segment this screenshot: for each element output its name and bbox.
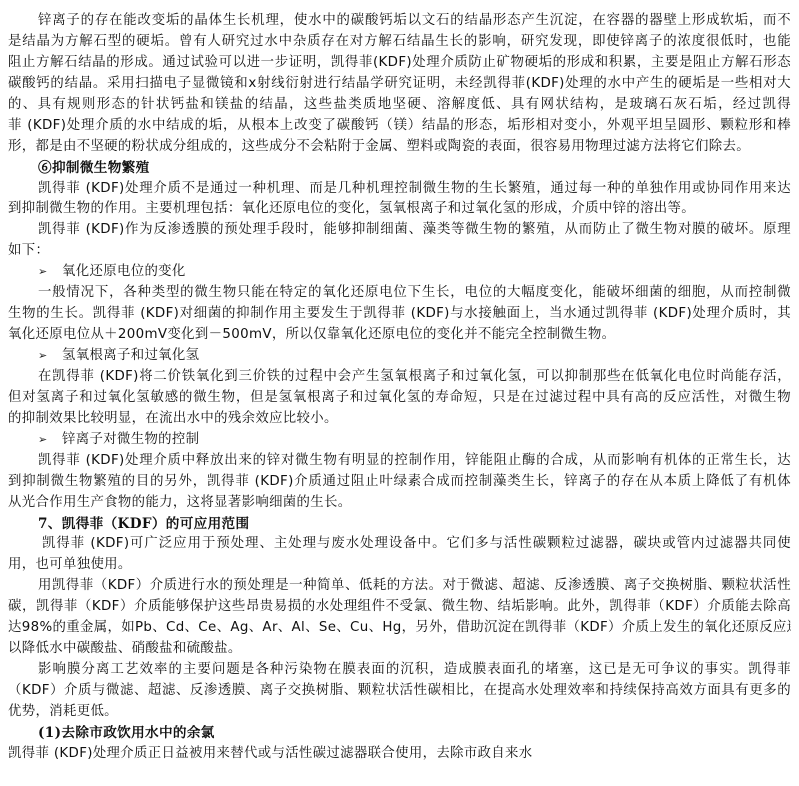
paragraph-line: 从光合作用生产食物的能力，这将显著影响细菌的生长。 bbox=[8, 493, 791, 514]
paragraph-line: 菲 (KDF)处理介质的水中结成的垢，从根本上改变了碳酸钙（镁）结晶的形态，垢形… bbox=[8, 116, 791, 137]
paragraph-line: 到抑制微生物繁殖的目的另外，凯得菲 (KDF)介质通过阻止叶绿素合成而控制藻类生… bbox=[8, 472, 791, 493]
paragraph-line: 达98%的重金属，如Pb、Cd、Ce、Ag、Ar、Al、Se、Cu、Hg，另外，… bbox=[8, 618, 791, 639]
paragraph-line: 的抑制效果比较明显，在流出水中的残余效应比较小。 bbox=[8, 409, 791, 430]
paragraph-line: 在凯得菲 (KDF)将二价铁氧化到三价铁的过程中会产生氢氧根离子和过氧化氢，可以… bbox=[8, 367, 791, 388]
arrow-bullet-icon: ➢ bbox=[38, 346, 62, 367]
bullet-label: 氢氧根离子和过氧化氢 bbox=[62, 348, 199, 363]
bullet-label: 氧化还原电位的变化 bbox=[62, 264, 186, 279]
bullet-item-redox: ➢氧化还原电位的变化 bbox=[8, 262, 791, 283]
paragraph-line: 凯得菲 (KDF)可广泛应用于预处理、主处理与废水处理设备中。它们多与活性碳颗粒… bbox=[8, 534, 791, 555]
paragraph-line: 的、具有规则形态的针状钙盐和镁盐的结晶，这些盐类质地坚硬、溶解度低、具有网状结构… bbox=[8, 95, 791, 116]
document-page: 锌离子的存在能改变垢的晶体生长机理，使水中的碳酸钙垢以文石的结晶形态产生沉淀，在… bbox=[0, 0, 799, 765]
paragraph-line: 形，都是由不坚硬的粉状成分组成的，这些成分不会粘附于金属、塑料或陶瓷的表面，很容… bbox=[8, 137, 791, 158]
paragraph-line: 凯得菲 (KDF)处理介质正日益被用来替代或与活性碳过滤器联合使用，去除市政自来… bbox=[8, 744, 791, 765]
bullet-item-zinc-ion: ➢锌离子对微生物的控制 bbox=[8, 430, 791, 451]
paragraph-line: 一般情况下，各种类型的微生物只能在特定的氧化还原电位下生长，电位的大幅度变化，能… bbox=[8, 283, 791, 304]
paragraph-line: 氧化还原电位从＋200mV变化到－500mV，所以仅靠氧化还原电位的变化并不能完… bbox=[8, 325, 791, 346]
paragraph-line: 生物的生长。凯得菲 (KDF)对细菌的抑制作用主要发生于凯得菲 (KDF)与水接… bbox=[8, 304, 791, 325]
arrow-bullet-icon: ➢ bbox=[38, 262, 62, 283]
paragraph-line: 凯得菲 (KDF)处理介质不是通过一种机理、而是几种机理控制微生物的生长繁殖，通… bbox=[8, 179, 791, 200]
paragraph-line: 用，也可单独使用。 bbox=[8, 555, 791, 576]
bullet-label: 锌离子对微生物的控制 bbox=[62, 432, 199, 447]
paragraph-line: 阻止方解石结晶的形成。通过试验可以进一步证明，凯得菲(KDF)处理介质防止矿物硬… bbox=[8, 53, 791, 74]
paragraph-line: 碳酸钙的结晶。采用扫描电子显微镜和x射线衍射进行结晶学研究证明，未经凯得菲(KD… bbox=[8, 74, 791, 95]
section-heading-inhibit-microbes: ⑥抑制微生物繁殖 bbox=[8, 158, 791, 179]
paragraph-line: 优势，消耗更低。 bbox=[8, 702, 791, 723]
paragraph-line: 用凯得菲（KDF）介质进行水的预处理是一种简单、低耗的方法。对于微滤、超滤、反渗… bbox=[8, 576, 791, 597]
paragraph-line: 碳，凯得菲（KDF）介质能够保护这些昂贵易损的水处理组件不受氯、微生物、结垢影响… bbox=[8, 597, 791, 618]
arrow-bullet-icon: ➢ bbox=[38, 430, 62, 451]
paragraph-line: 影响膜分离工艺效率的主要问题是各种污染物在膜表面的沉积，造成膜表面孔的堵塞，这已… bbox=[8, 660, 791, 681]
paragraph-line: 如下： bbox=[8, 241, 791, 262]
paragraph-line: 凯得菲 (KDF)处理介质中释放出来的锌对微生物有明显的控制作用，锌能阻止酶的合… bbox=[8, 451, 791, 472]
paragraph-line: 是结晶为方解石型的硬垢。曾有人研究过水中杂质存在对方解石结晶生长的影响，研究发现… bbox=[8, 32, 791, 53]
bullet-item-hydroxide: ➢氢氧根离子和过氧化氢 bbox=[8, 346, 791, 367]
paragraph-line: 但对氢离子和过氧化氢敏感的微生物，但是氢氧根离子和过氧化氢的寿命短，只是在过滤过… bbox=[8, 388, 791, 409]
subsection-heading-residual-chlorine: (1)去除市政饮用水中的余氯 bbox=[8, 723, 791, 744]
paragraph-line: （KDF）介质与微滤、超滤、反渗透膜、离子交换树脂、颗粒状活性碳相比，在提高水处… bbox=[8, 681, 791, 702]
section-heading-application-scope: 7、凯得菲（KDF）的可应用范围 bbox=[8, 514, 791, 535]
paragraph-line: 以降低水中碳酸盐、硝酸盐和硫酸盐。 bbox=[8, 639, 791, 660]
paragraph-line: 锌离子的存在能改变垢的晶体生长机理，使水中的碳酸钙垢以文石的结晶形态产生沉淀，在… bbox=[8, 11, 791, 32]
paragraph-line: 凯得菲 (KDF)作为反渗透膜的预处理手段时，能够抑制细菌、藻类等微生物的繁殖，… bbox=[8, 220, 791, 241]
paragraph-line: 到抑制微生物的作用。主要机理包括：氧化还原电位的变化，氢氧根离子和过氧化氢的形成… bbox=[8, 199, 791, 220]
